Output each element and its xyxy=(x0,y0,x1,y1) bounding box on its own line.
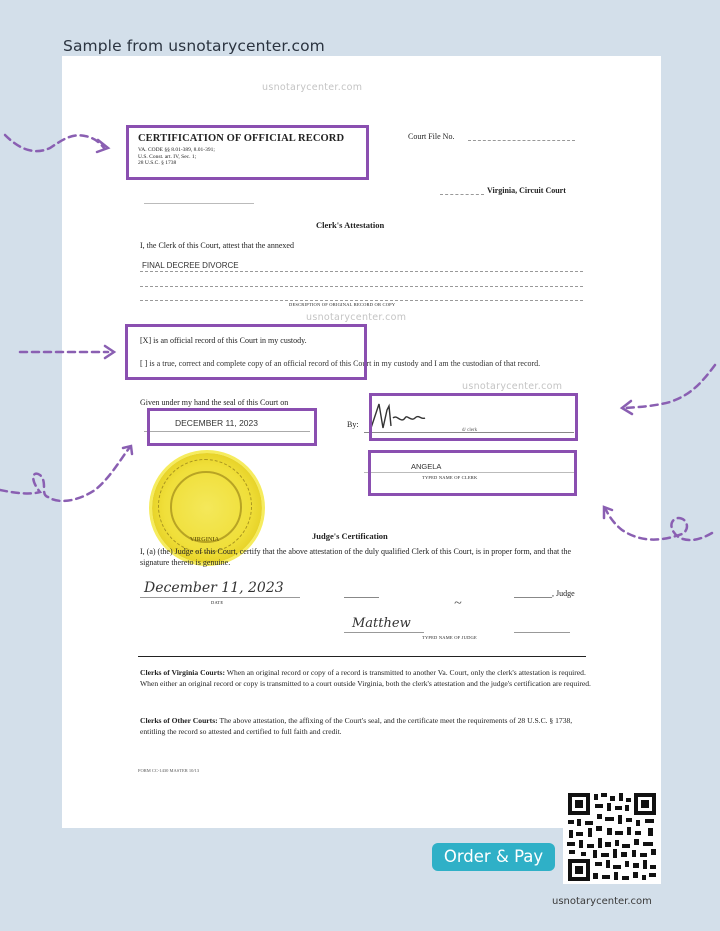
qr-code-icon xyxy=(563,790,661,884)
order-and-pay-button[interactable]: Order & Pay xyxy=(432,843,555,871)
footer-url[interactable]: usnotarycenter.com xyxy=(552,896,652,907)
qr-code[interactable] xyxy=(563,790,661,884)
